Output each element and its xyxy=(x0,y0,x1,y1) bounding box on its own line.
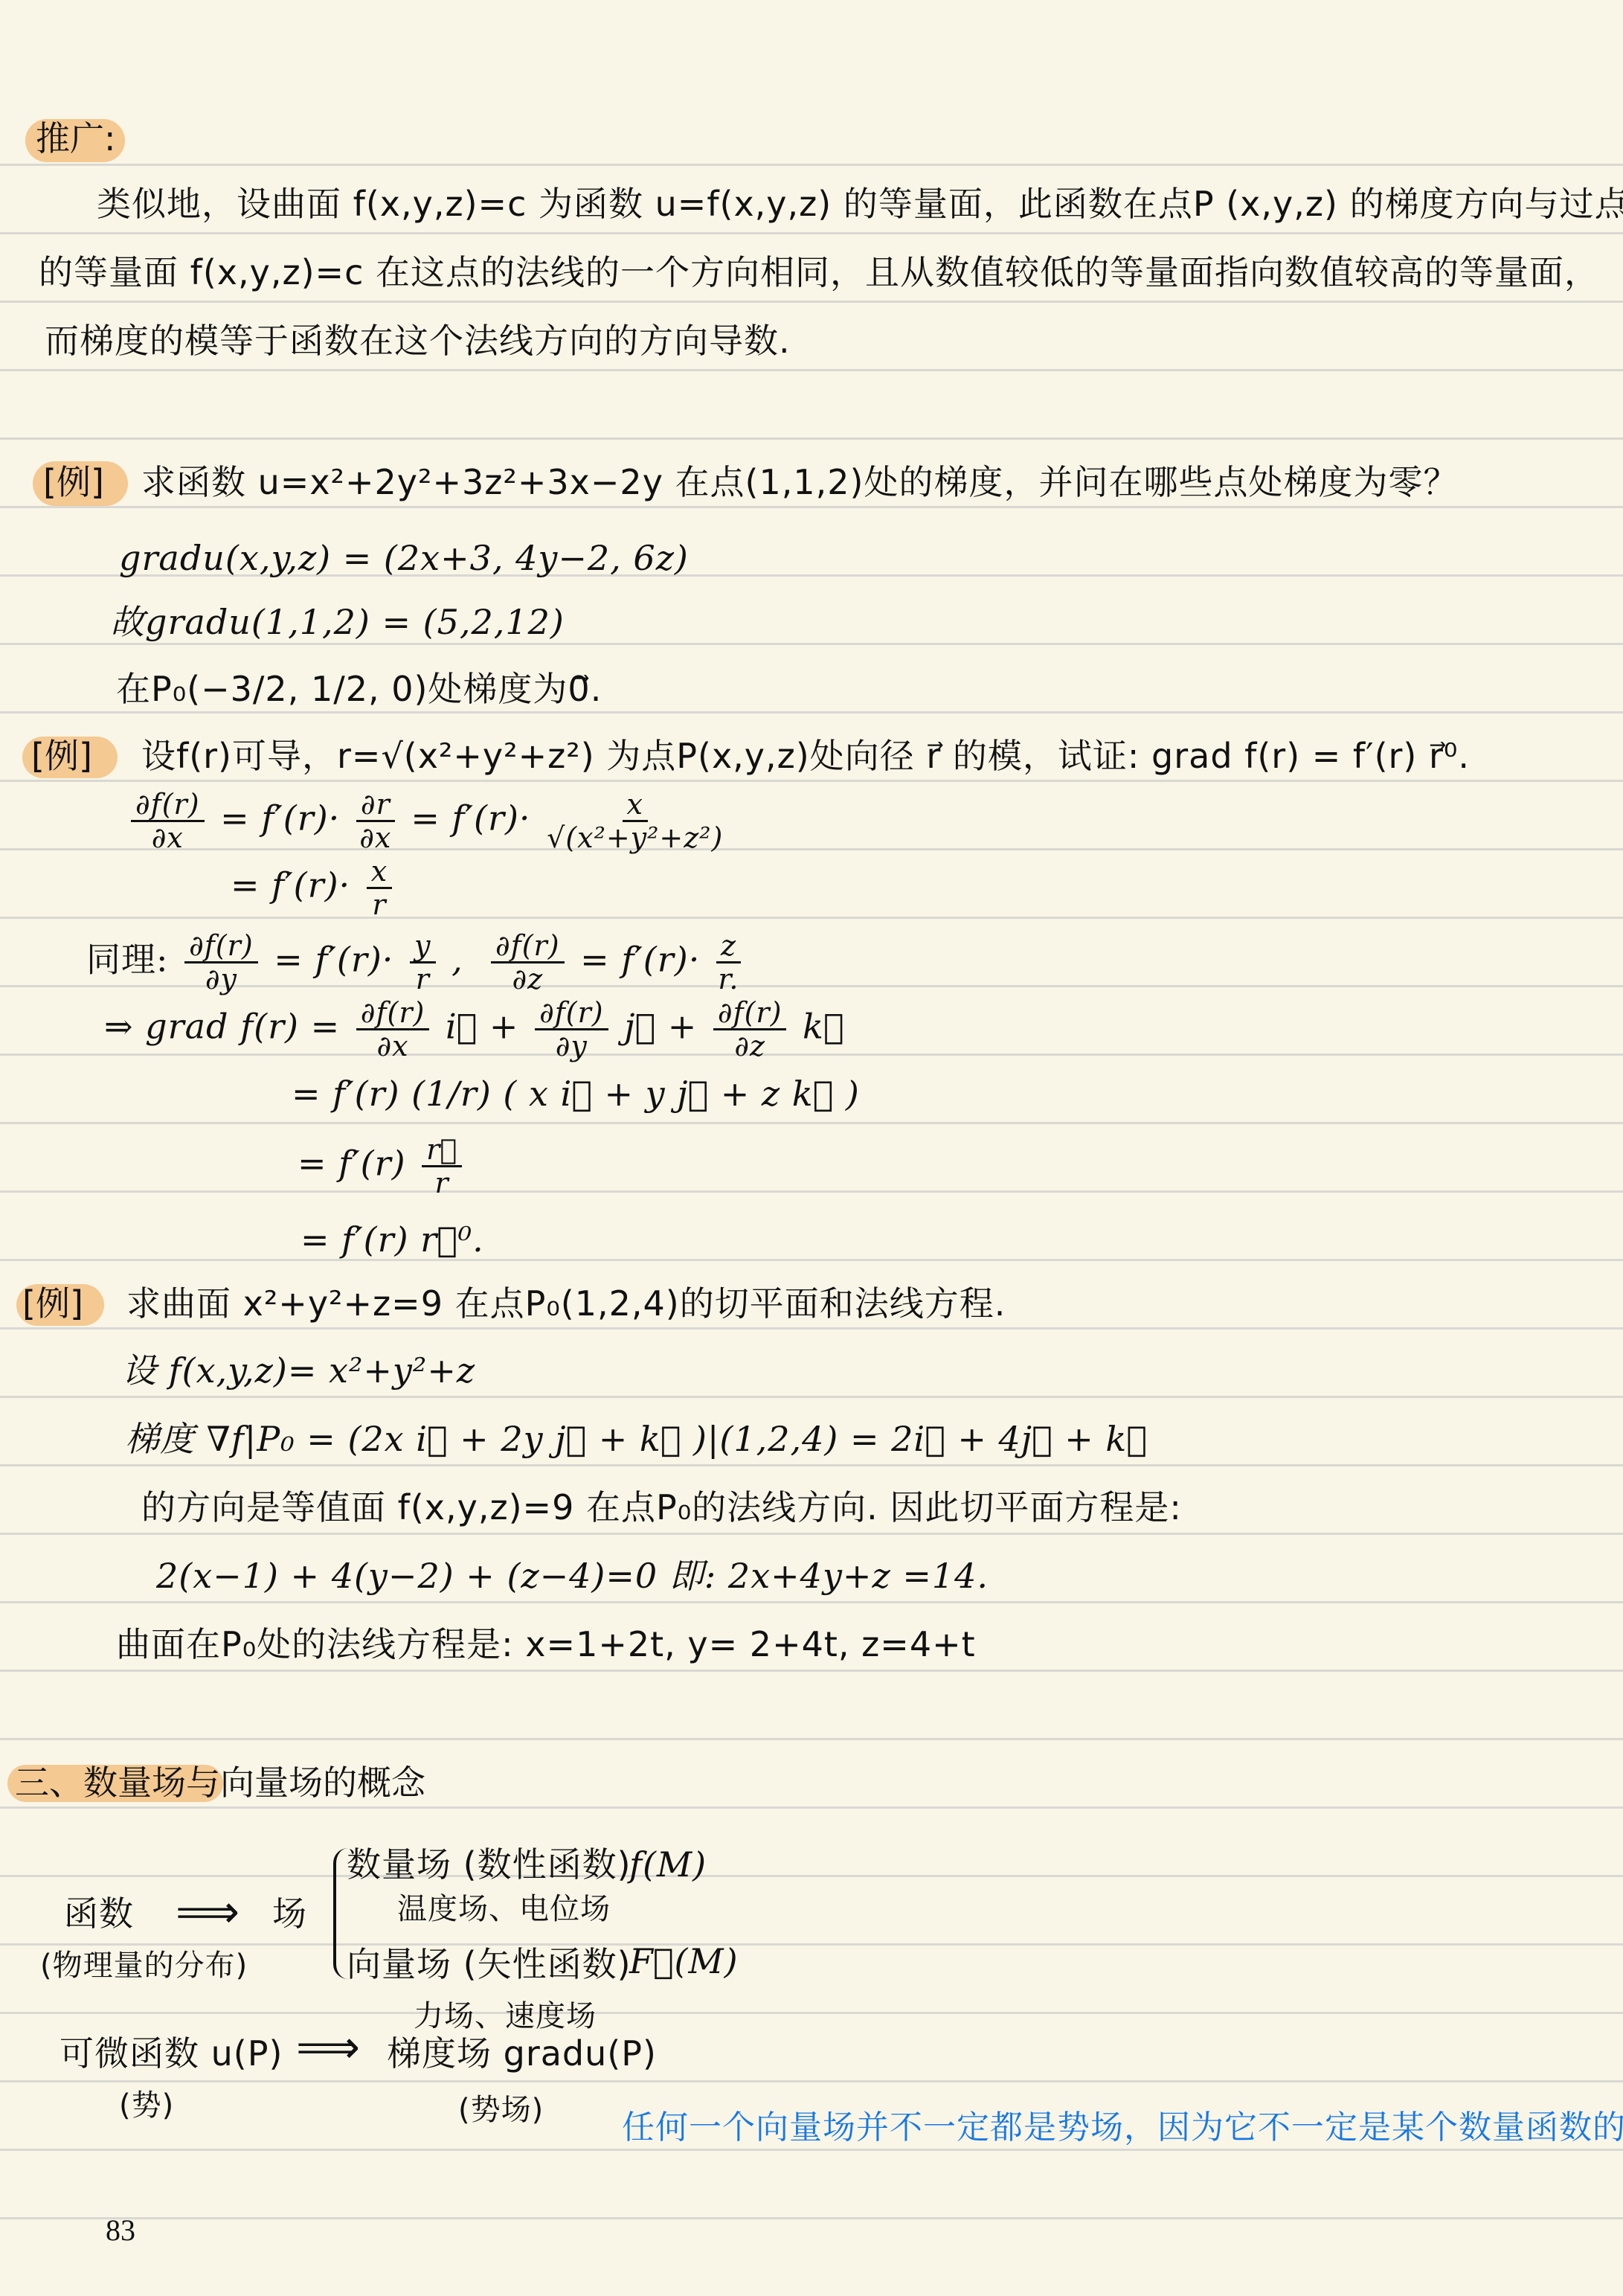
section3-title: 三、数量场与向量场的概念 xyxy=(15,1760,425,1805)
ruled-line xyxy=(0,301,1623,303)
example2-step-6: = f′(r) r⃗r xyxy=(298,1134,466,1199)
ruled-line xyxy=(0,1601,1623,1603)
diagram-target: 场 xyxy=(272,1891,307,1936)
example2-step-5: = f′(r) (1/r) ( x i⃗ + y j⃗ + z k⃗ ) xyxy=(292,1071,860,1116)
gradient-target: 梯度场 gradu(P) xyxy=(387,2031,657,2076)
ruled-line xyxy=(0,711,1623,714)
example3-step-1: 设 f(x,y,z)= x²+y²+z xyxy=(122,1348,475,1393)
gradient-source: 可微函数 u(P) xyxy=(60,2031,283,2076)
example2-question: 设f(r)可导，r=√(x²+y²+z²) 为点P(x,y,z)处向径 r⃗ 的… xyxy=(141,734,1470,778)
example3-step-5: 曲面在P₀处的法线方程是: x=1+2t, y= 2+4t, z=4+t xyxy=(116,1622,976,1667)
ruled-line xyxy=(0,232,1623,234)
ruled-line xyxy=(0,2012,1623,2014)
ruled-line xyxy=(0,369,1623,371)
diagram-source: 函数 xyxy=(64,1891,134,1936)
ruled-line xyxy=(0,164,1623,166)
page-number: 83 xyxy=(106,2213,135,2248)
example3-step-4: 2(x−1) + 4(y−2) + (z−4)=0 即: 2x+4y+z =14… xyxy=(156,1553,989,1598)
example1-label: [例] xyxy=(43,460,104,504)
ruled-line xyxy=(0,1396,1623,1398)
ruled-line xyxy=(0,1122,1623,1124)
ruled-line xyxy=(0,2217,1623,2219)
scalar-field-label: 数量场 (数性函数) xyxy=(347,1842,631,1887)
ruled-line xyxy=(0,437,1623,440)
example2-step-3: 同理: ∂f(r)∂y = f′(r)· yr , ∂f(r)∂z = f′(r… xyxy=(86,930,745,995)
vector-field-symbol: F⃗(M) xyxy=(629,1939,739,1984)
ruled-line xyxy=(0,1533,1623,1535)
ruled-line xyxy=(0,1464,1623,1466)
example2-step-2: = f′(r)· xr xyxy=(231,856,396,920)
gradient-source-note: (势) xyxy=(119,2083,174,2128)
scalar-field-examples: 温度场、电位场 xyxy=(397,1887,611,1931)
scalar-field-symbol: f(M) xyxy=(629,1842,707,1887)
extension-line-2: 的等量面 f(x,y,z)=c 在这点的法线的一个方向相同，且从数值较低的等量面… xyxy=(39,250,1599,295)
example1-step-1: gradu(x,y,z) = (2x+3, 4y−2, 6z) xyxy=(119,536,689,580)
ruled-line xyxy=(0,1259,1623,1261)
gradient-arrow: ⟹ xyxy=(296,2025,361,2070)
ruled-line xyxy=(0,506,1623,508)
example1-step-2: 故gradu(1,1,2) = (5,2,12) xyxy=(110,600,565,644)
vector-field-label: 向量场 (矢性函数) xyxy=(347,1942,631,1986)
extension-line-3: 而梯度的模等于函数在这个法线方向的方向导数. xyxy=(45,318,791,363)
gradient-target-note: (势场) xyxy=(458,2088,544,2132)
example3-question: 求曲面 x²+y²+z=9 在点P₀(1,2,4)的切平面和法线方程. xyxy=(126,1281,1006,1326)
example2-step-4: ⇒ grad f(r) = ∂f(r)∂x i⃗ + ∂f(r)∂y j⃗ + … xyxy=(104,997,845,1062)
example2-label: [例] xyxy=(31,734,92,778)
ruled-line xyxy=(0,780,1623,782)
ruled-line xyxy=(0,1806,1623,1809)
ruled-line xyxy=(0,2080,1623,2082)
ruled-line xyxy=(0,1670,1623,1672)
diagram-arrow: ⟹ xyxy=(176,1890,240,1934)
example1-question: 求函数 u=x²+2y²+3z²+3x−2y 在点(1,1,2)处的梯度，并问在… xyxy=(141,460,1458,504)
extension-label: 推广: xyxy=(36,116,116,161)
extension-line-1: 类似地，设曲面 f(x,y,z)=c 为函数 u=f(x,y,z) 的等量面，此… xyxy=(97,182,1623,226)
example2-step-7: = f′(r) r⃗⁰. xyxy=(301,1217,484,1262)
ruled-line xyxy=(0,1738,1623,1740)
example1-step-3: 在P₀(−3/2, 1/2, 0)处梯度为0⃗. xyxy=(116,667,602,711)
diagram-source-note: (物理量的分布) xyxy=(40,1943,248,1988)
example2-step-1: ∂f(r)∂x = f′(r)· ∂r∂x = f′(r)· x√(x²+y²+… xyxy=(126,789,727,853)
example3-label: [例] xyxy=(22,1281,83,1326)
blue-margin-note: 任何一个向量场并不一定都是势场，因为它不一定是某个数量函数的梯度 xyxy=(622,2106,1623,2150)
ruled-line xyxy=(0,1190,1623,1193)
ruled-line xyxy=(0,1875,1623,1877)
ruled-line xyxy=(0,1327,1623,1330)
example3-step-3: 的方向是等值面 f(x,y,z)=9 在点P₀的法线方向. 因此切平面方程是: xyxy=(141,1485,1182,1530)
example3-step-2: 梯度 ∇f|P₀ = (2x i⃗ + 2y j⃗ + k⃗ )|(1,2,4)… xyxy=(125,1417,1148,1461)
